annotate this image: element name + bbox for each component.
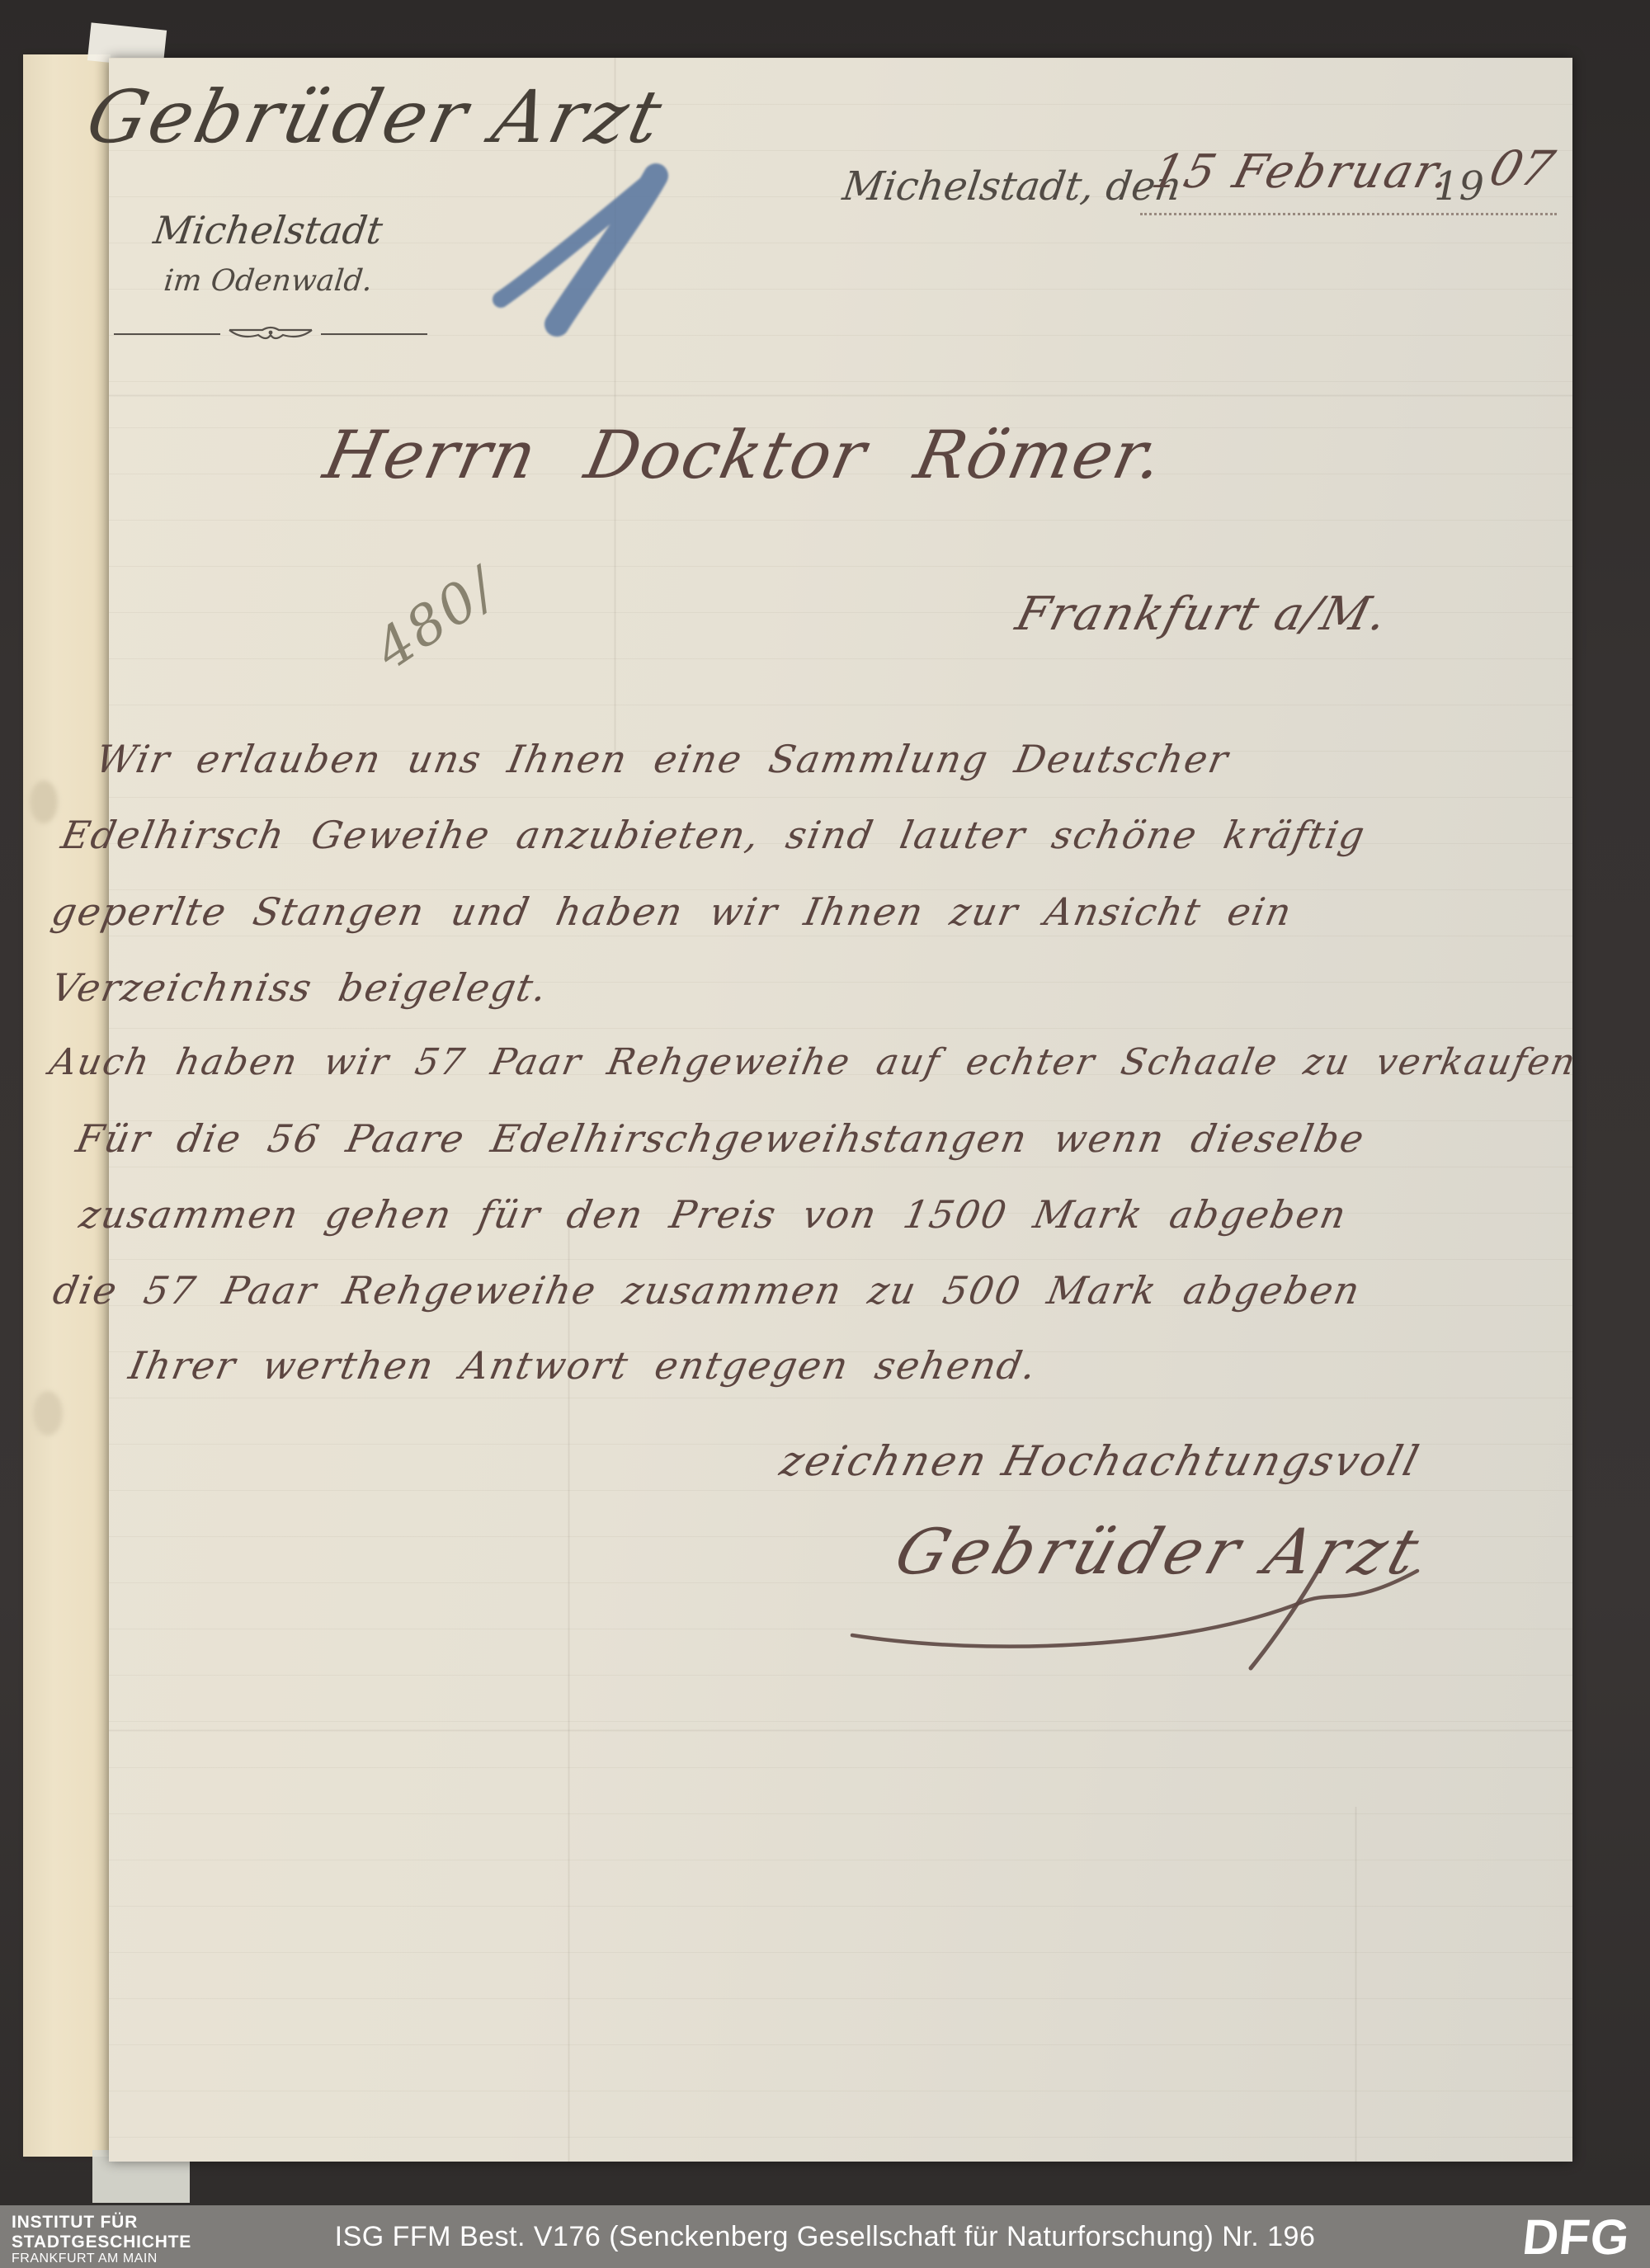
institute-line-3: FRANKFURT AM MAIN [12,2251,191,2266]
paper-crease [109,394,1572,397]
letterhead-divider [114,323,427,345]
under-page-edge [23,54,111,2157]
letterhead-company: Gebrüder Arzt [79,74,672,159]
signature-flourish [840,1559,1434,1675]
body-line: Auch haben wir 57 Paar Rehgeweihe auf ec… [46,1041,1580,1083]
body-line: Verzeichniss beigelegt. [48,965,552,1010]
recipient-salutation: Herrn Docktor Römer. [318,417,1171,493]
divider-rule [321,333,427,335]
body-line: Für die 56 Paare Edelhirschgeweihstangen… [73,1116,1369,1161]
body-line: Edelhirsch Geweihe anzubieten, sind laut… [58,813,1369,857]
letterhead-place: Michelstadt [104,208,432,252]
paper-crease [109,1729,1572,1732]
dfg-logo: DFG [1520,2209,1633,2266]
paper-crease [1355,1807,1357,2162]
body-line: die 57 Paar Rehgeweihe zusammen zu 500 M… [49,1268,1365,1313]
letter-page [109,58,1572,2162]
dateline-year-printed: 19 [1434,163,1484,210]
paper-stain [30,780,58,823]
blue-crayon-numeral-1: 1 [483,153,681,338]
letterhead-region: im Odenwald. [106,264,431,298]
dateline-dotted-underline [1140,213,1557,215]
archive-caption: ISG FFM Best. V176 (Senckenberg Gesellsc… [0,2221,1650,2253]
footer-bar: INSTITUT FÜR STADTGESCHICHTE FRANKFURT A… [0,2205,1650,2268]
body-line: Ihrer werthen Antwort entgegen sehend. [125,1343,1041,1388]
scan-background: Gebrüder Arzt Michelstadt im Odenwald. M… [0,0,1650,2268]
divider-rule [114,333,220,335]
body-line: Wir erlauben uns Ihnen eine Sammlung Deu… [92,737,1233,781]
paper-stain [33,1391,63,1436]
dateline-handwritten-date: 15 Februar. [1147,145,1459,199]
dateline-printed: Michelstadt, den [840,163,1184,210]
scroll-ornament-icon [225,323,316,345]
numeral-1-icon [483,153,681,338]
body-line: zusammen gehen für den Preis von 1500 Ma… [76,1192,1351,1237]
body-line: geperlte Stangen und haben wir Ihnen zur… [48,889,1296,934]
recipient-city: Frankfurt a/M. [1011,587,1393,641]
closing-line: zeichnen Hochachtungsvoll [775,1437,1426,1485]
